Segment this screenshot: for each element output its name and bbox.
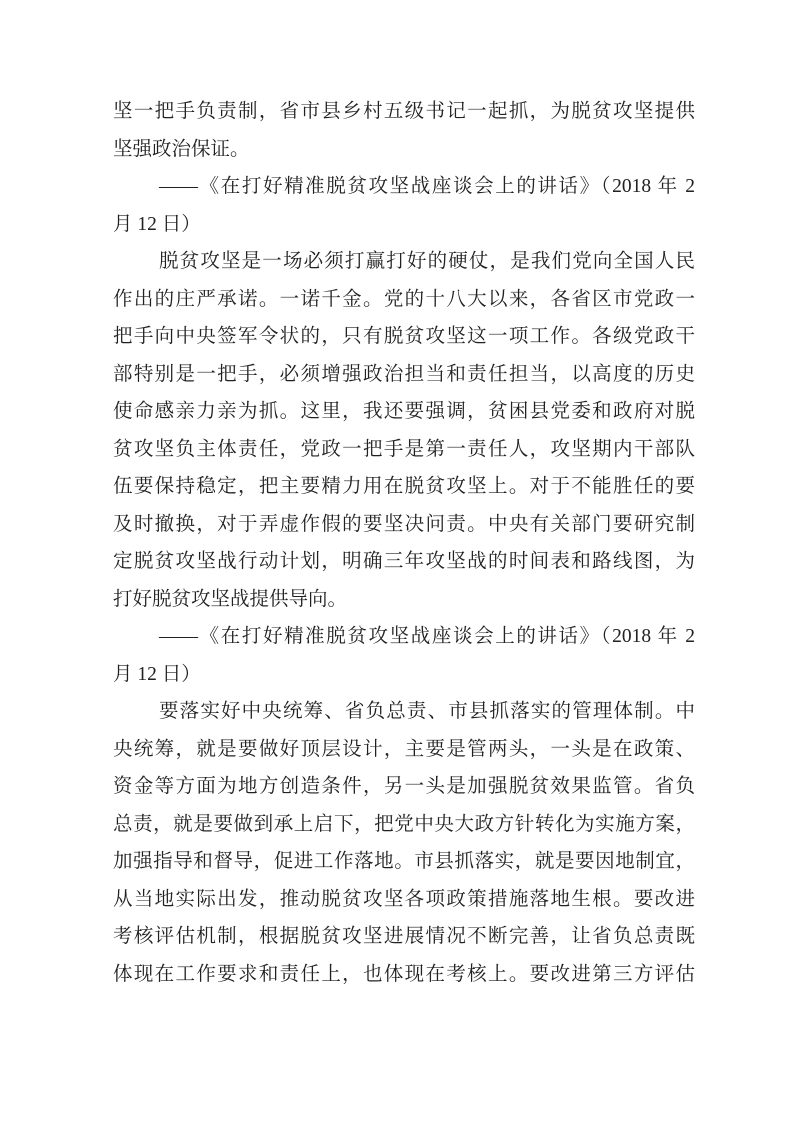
attribution: ——《在打好精准脱贫攻坚战座谈会上的讲话》（2018 年 2 月 12 日）: [113, 618, 695, 693]
paragraph: 脱贫攻坚是一场必须打赢打好的硬仗，是我们党向全国人民 作出的庄严承诺。一诺千金。…: [113, 243, 695, 618]
text-line: 总责，就是要做到承上启下，把党中央大政方针转化为实施方案，: [113, 806, 695, 844]
text-line: 要落实好中央统筹、省负总责、市县抓落实的管理体制。中: [113, 693, 695, 731]
text-line: 把手向中央签军令状的，只有脱贫攻坚这一项工作。各级党政干: [113, 318, 695, 356]
text-line: ——《在打好精准脱贫攻坚战座谈会上的讲话》（2018 年 2: [113, 618, 695, 656]
text-line: 资金等方面为地方创造条件，另一头是加强脱贫效果监管。省负: [113, 768, 695, 806]
text-line: 月 12 日）: [113, 656, 695, 694]
text-line: 月 12 日）: [113, 206, 695, 244]
page-text-content: 坚一把手负责制，省市县乡村五级书记一起抓，为脱贫攻坚提供 坚强政治保证。 ——《…: [113, 93, 695, 993]
text-line: 及时撤换，对于弄虚作假的要坚决问责。中央有关部门要研究制: [113, 506, 695, 544]
paragraph: 要落实好中央统筹、省负总责、市县抓落实的管理体制。中 央统筹，就是要做好顶层设计…: [113, 693, 695, 993]
text-line: 考核评估机制，根据脱贫攻坚进展情况不断完善，让省负总责既: [113, 918, 695, 956]
text-line: 从当地实际出发，推动脱贫攻坚各项政策措施落地生根。要改进: [113, 881, 695, 919]
text-line: 定脱贫攻坚战行动计划，明确三年攻坚战的时间表和路线图，为: [113, 543, 695, 581]
paragraph-continuation: 坚一把手负责制，省市县乡村五级书记一起抓，为脱贫攻坚提供 坚强政治保证。: [113, 93, 695, 168]
text-line: 伍要保持稳定，把主要精力用在脱贫攻坚上。对于不能胜任的要: [113, 468, 695, 506]
text-line: 部特别是一把手，必须增强政治担当和责任担当，以高度的历史: [113, 356, 695, 394]
text-line: ——《在打好精准脱贫攻坚战座谈会上的讲话》（2018 年 2: [113, 168, 695, 206]
text-line: 使命感亲力亲为抓。这里，我还要强调，贫困县党委和政府对脱: [113, 393, 695, 431]
text-line: 加强指导和督导，促进工作落地。市县抓落实，就是要因地制宜，: [113, 843, 695, 881]
text-line: 打好脱贫攻坚战提供导向。: [113, 581, 695, 619]
text-line: 央统筹，就是要做好顶层设计，主要是管两头，一头是在政策、: [113, 731, 695, 769]
text-line: 坚强政治保证。: [113, 131, 695, 169]
text-line: 坚一把手负责制，省市县乡村五级书记一起抓，为脱贫攻坚提供: [113, 93, 695, 131]
text-line: 贫攻坚负主体责任，党政一把手是第一责任人，攻坚期内干部队: [113, 431, 695, 469]
attribution: ——《在打好精准脱贫攻坚战座谈会上的讲话》（2018 年 2 月 12 日）: [113, 168, 695, 243]
text-line: 脱贫攻坚是一场必须打赢打好的硬仗，是我们党向全国人民: [113, 243, 695, 281]
text-line: 作出的庄严承诺。一诺千金。党的十八大以来，各省区市党政一: [113, 281, 695, 319]
text-line: 体现在工作要求和责任上，也体现在考核上。要改进第三方评估: [113, 956, 695, 994]
document-page: 坚一把手负责制，省市县乡村五级书记一起抓，为脱贫攻坚提供 坚强政治保证。 ——《…: [0, 0, 793, 1122]
